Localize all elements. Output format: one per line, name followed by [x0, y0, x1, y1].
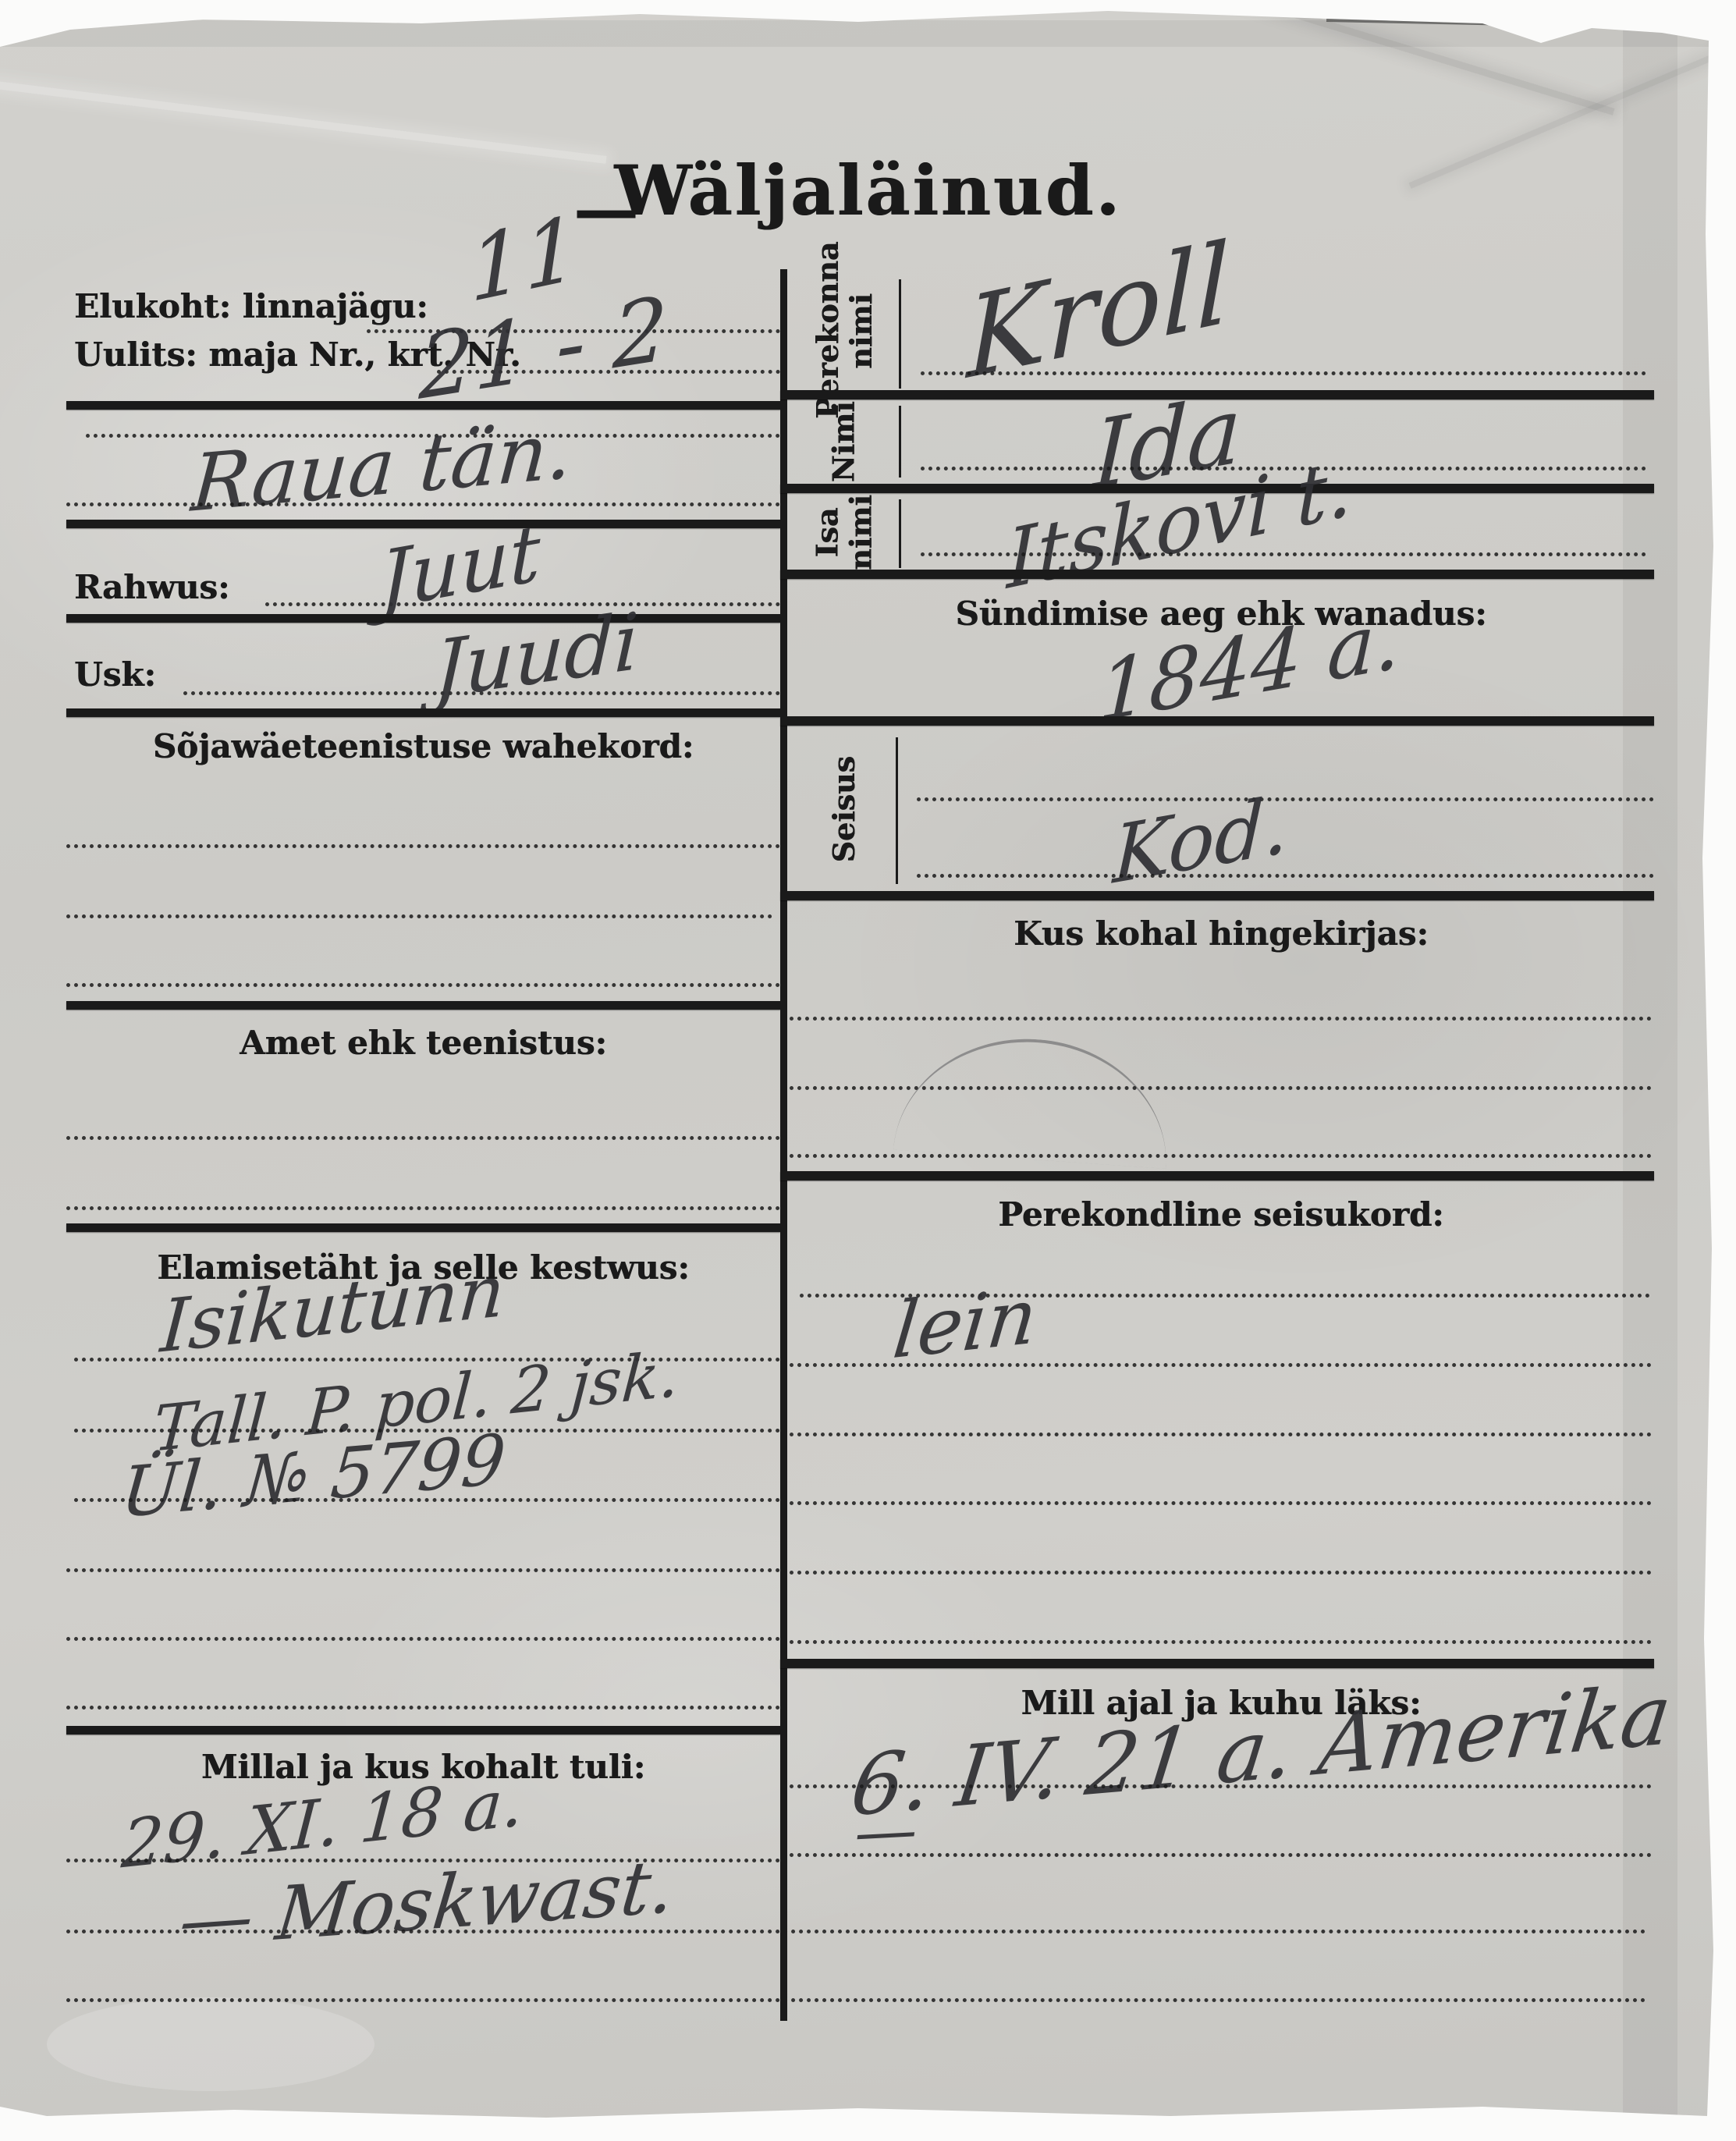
dotted-line [66, 1930, 1646, 1933]
dotted-line [790, 1501, 1652, 1505]
residence-district-label: Elukoht: linnajägu: [74, 287, 428, 325]
dotted-line [66, 1706, 780, 1710]
family-status-entry: lein [889, 1271, 1041, 1376]
rule-line [780, 1171, 1654, 1181]
surname-entry: Kroll [967, 218, 1230, 404]
dotted-line [790, 1640, 1652, 1644]
parish-register-label: Kus kohal hingekirjas: [788, 914, 1654, 953]
rule-line [66, 1223, 780, 1232]
dotted-line [66, 502, 780, 506]
dotted-line [790, 1571, 1652, 1575]
dotted-line [66, 1998, 1646, 2002]
dotted-line [790, 1363, 1652, 1367]
dotted-line [66, 1637, 780, 1641]
dotted-line [66, 1136, 780, 1140]
cell-separator-line [899, 406, 901, 478]
dotted-line [790, 1017, 1652, 1021]
dotted-line [921, 552, 1646, 556]
surname-label-cell: Perekonna nimi [790, 269, 899, 394]
family-status-label: Perekondline seisukord: [788, 1195, 1654, 1234]
rule-line [66, 1001, 780, 1010]
estate-entry: Kod. [1112, 778, 1290, 902]
departure-note-dash: — [853, 1793, 919, 1869]
rule-line [66, 1726, 780, 1734]
cell-separator-line [899, 279, 901, 389]
dotted-line [917, 874, 1654, 878]
father-name-label-cell: Isa nimi [790, 493, 899, 573]
crease-mark [47, 1997, 375, 2091]
dotted-line [265, 602, 780, 606]
dotted-line [74, 1498, 780, 1502]
cell-separator-line [899, 499, 901, 568]
dotted-line [790, 1853, 1652, 1857]
rule-line [66, 708, 780, 717]
name-label-cell: Nimi [790, 399, 899, 484]
dotted-line [790, 1086, 1652, 1090]
dotted-line [66, 983, 780, 987]
street-house-entry: 21 - 2 [418, 278, 669, 420]
crease-mark [0, 20, 1736, 47]
dotted-line [66, 844, 780, 848]
dotted-line [66, 914, 772, 918]
rule-line [780, 570, 1654, 579]
rule-line [66, 401, 780, 410]
estate-label-cell: Seisus [790, 726, 899, 893]
dotted-line [790, 1433, 1652, 1436]
scanned-document-page: { "title": { "text": "Wäljaläinud.", "da… [0, 0, 1736, 2141]
dotted-line [790, 1154, 1652, 1158]
dotted-line [66, 1568, 780, 1572]
rule-line [780, 1659, 1654, 1668]
document-paper: — Wäljaläinud. Elukoht: linnajägu: 11 Uu… [0, 0, 1736, 2141]
occupation-label: Amet ehk teenistus: [66, 1024, 780, 1062]
crease-mark [1326, 18, 1701, 30]
pencil-stroke [893, 1030, 1174, 1169]
military-service-label: Sõjawäeteenistuse wahekord: [66, 727, 780, 765]
name-label: Nimi [828, 401, 861, 482]
rule-line [780, 716, 1654, 726]
dotted-line [66, 1206, 780, 1210]
religion-label: Usk: [74, 655, 156, 694]
rule-line [780, 891, 1654, 900]
crease-mark [1209, 0, 1614, 115]
dotted-line [790, 1784, 1652, 1788]
rule-line [66, 614, 780, 623]
father-name-label: Isa nimi [811, 490, 877, 576]
dotted-line [921, 371, 1646, 375]
column-divider [780, 269, 787, 2021]
estate-label: Seisus [828, 756, 861, 862]
crease-mark [1623, 0, 1677, 2141]
form-title: Wäljaläinud. [0, 150, 1736, 231]
cell-separator-line [896, 737, 898, 884]
nationality-label: Rahwus: [74, 568, 229, 606]
